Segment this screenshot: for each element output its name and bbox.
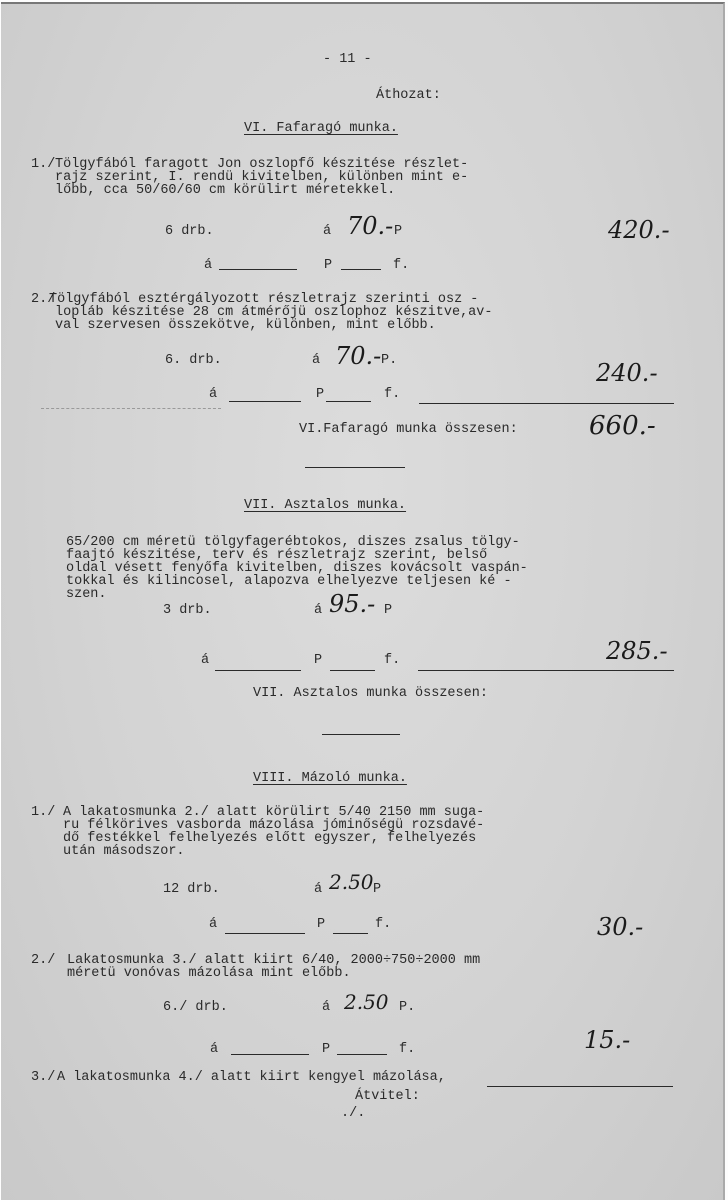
- currency: P.: [381, 355, 397, 368]
- section-title-viii: VIII. Mázoló munka.: [253, 773, 407, 786]
- subtotal-line: [419, 403, 674, 404]
- item-number: 1./: [31, 807, 55, 820]
- handwritten-amount: 30.-: [597, 913, 643, 941]
- currency: P.: [399, 1002, 415, 1015]
- handwritten-section-total: 660.-: [589, 411, 656, 441]
- section-title-vi: VI. Fafaragó munka.: [244, 123, 398, 136]
- price-row-prefix: á: [201, 655, 209, 668]
- currency: P: [384, 605, 392, 618]
- quantity: 12 drb.: [163, 884, 220, 897]
- blank-line: [229, 401, 301, 402]
- currency: P: [373, 884, 381, 897]
- blank-line: [215, 670, 301, 671]
- price-row-f: f.: [384, 655, 400, 668]
- blank-line: [231, 1054, 309, 1055]
- price-row-prefix: á: [210, 1044, 218, 1057]
- continuation-mark: ./.: [341, 1108, 365, 1121]
- price-row-p: P: [322, 1044, 330, 1057]
- item-description-line: tokkal és kilincosel, alapozva elhelyezv…: [66, 576, 512, 589]
- unit-price-prefix: á: [314, 605, 322, 618]
- handwritten-amount: 285.-: [606, 637, 668, 665]
- quantity: 6 drb.: [165, 226, 214, 239]
- price-row-p: P: [314, 655, 322, 668]
- unit-price-prefix: á: [323, 226, 331, 239]
- quantity: 3 drb.: [163, 605, 212, 618]
- item-description-line: lőbb, cca 50/60/60 cm körülirt méretekke…: [55, 185, 395, 198]
- handwritten-amount: 15.-: [584, 1026, 630, 1054]
- price-row-f: f.: [375, 919, 391, 932]
- price-row-prefix: á: [209, 919, 217, 932]
- carried-forward-label: Áthozat:: [376, 90, 441, 103]
- handwritten-unit-price: 70.-: [335, 342, 381, 370]
- section-end-line: [305, 467, 405, 468]
- price-row-f: f.: [384, 389, 400, 402]
- item-number: 1./: [31, 159, 55, 172]
- blank-line: [341, 269, 381, 270]
- price-row-f: f.: [399, 1044, 415, 1057]
- section-end-line: [322, 734, 400, 735]
- price-row-p: P: [317, 919, 325, 932]
- handwritten-amount: 240.-: [596, 359, 658, 387]
- item-description-line: szen.: [66, 589, 107, 602]
- carry-over-label: Átvitel:: [355, 1091, 420, 1104]
- item-number: 2./: [31, 955, 55, 968]
- document-page: - 11 - Áthozat: VI. Fafaragó munka. 1./ …: [1, 2, 725, 1200]
- page-number: - 11 -: [323, 54, 372, 67]
- item-description-line: után másodszor.: [63, 846, 185, 859]
- price-row-prefix: á: [204, 260, 212, 273]
- blank-line: [337, 1054, 387, 1055]
- blank-line: [326, 401, 371, 402]
- blank-line: [219, 269, 297, 270]
- section-total-label: VII. Asztalos munka összesen:: [253, 688, 488, 701]
- quantity: 6./ drb.: [163, 1002, 228, 1015]
- unit-price-prefix: á: [322, 1002, 330, 1015]
- subtotal-line: [418, 670, 674, 671]
- quantity: 6. drb.: [165, 355, 222, 368]
- section-total-label: VI.Fafaragó munka összesen:: [299, 424, 518, 437]
- price-row-f: f.: [393, 260, 409, 273]
- amount-blank-line: [487, 1086, 673, 1087]
- handwritten-unit-price: 95.-: [329, 590, 375, 618]
- item-description-line: A lakatosmunka 4./ alatt kiirt kengyel m…: [57, 1072, 446, 1085]
- price-row-p: P: [324, 260, 332, 273]
- handwritten-unit-price: 2.50: [344, 990, 389, 1014]
- handwritten-unit-price: 70.-: [347, 212, 393, 240]
- handwritten-unit-price: 2.50: [329, 870, 374, 894]
- unit-price-prefix: á: [314, 884, 322, 897]
- unit-price-prefix: á: [312, 355, 320, 368]
- blank-line: [333, 933, 368, 934]
- blank-line: [330, 670, 375, 671]
- item-description-line: val szervesen összekötve, különben, mint…: [55, 320, 436, 333]
- section-title-vii: VII. Asztalos munka.: [244, 500, 406, 513]
- handwritten-amount: 420.-: [608, 216, 670, 244]
- currency: P: [394, 226, 402, 239]
- price-row-p: P: [316, 389, 324, 402]
- price-row-prefix: á: [209, 389, 217, 402]
- blank-line: [225, 933, 305, 934]
- item-description-line: méretü vonóvas mázolása mint előbb.: [67, 968, 351, 981]
- item-number: 3./: [31, 1072, 55, 1085]
- separator-line: [41, 408, 221, 409]
